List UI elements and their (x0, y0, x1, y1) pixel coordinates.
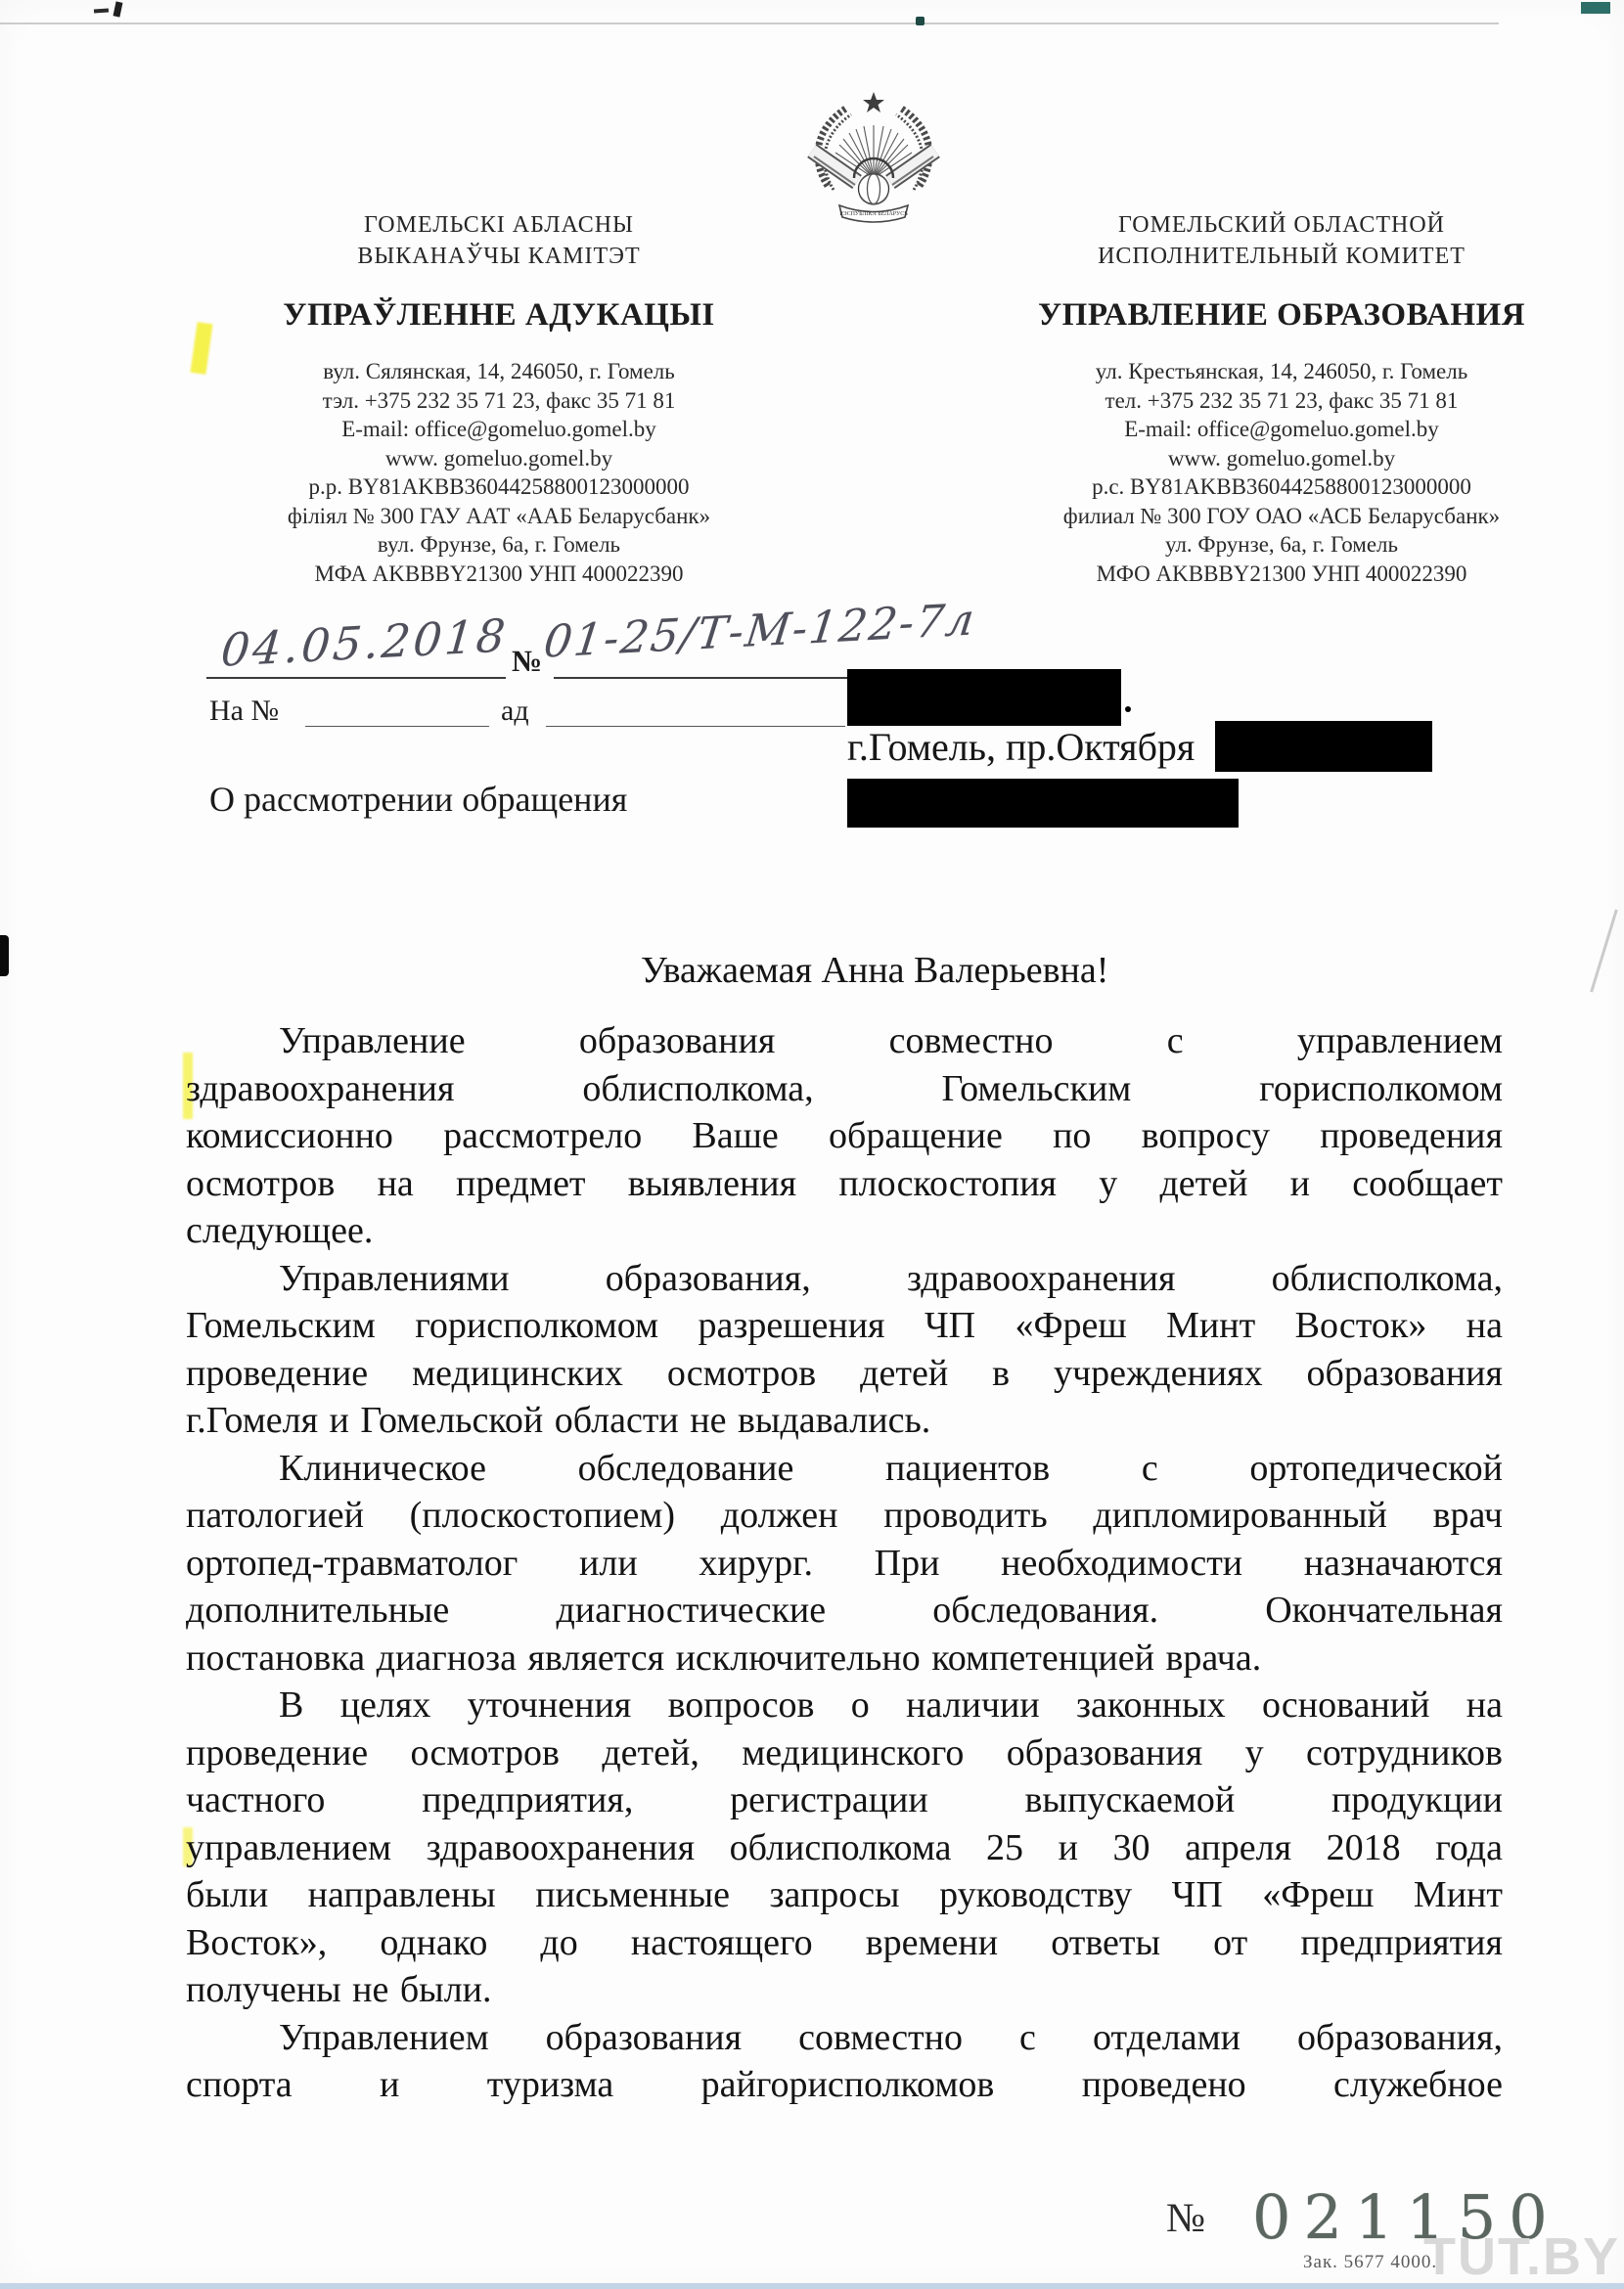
body-line: В целях уточнения вопросов о наличии зак… (186, 1682, 1503, 1729)
addressee-city-line: г.Гомель, пр.Октября (847, 724, 1195, 770)
address-line: тэл. +375 232 35 71 23, факс 35 71 81 (235, 386, 763, 416)
scan-mark-artifact (94, 8, 109, 13)
subject-line: О рассмотрении обращения (209, 779, 627, 820)
handwritten-reference-number: 01-25/Т-М-122-7л (541, 593, 979, 668)
address-line: филиал № 300 ГОУ ОАО «АСБ Беларусбанк» (1008, 502, 1556, 531)
body-line: дополнительные диагностические обследова… (186, 1587, 1503, 1635)
print-order-note: Зак. 5677 4000. (1303, 2252, 1437, 2273)
footer-number-sign: № (1166, 2195, 1205, 2242)
address-line: МФА AKBBBY21300 УНП 400022390 (235, 560, 763, 589)
address-line: р.с. BY81AKBB36044258800123000000 (1008, 472, 1556, 502)
body-line: патологией (плоскостопием) должен провод… (186, 1492, 1503, 1540)
date-underline (206, 677, 506, 679)
body-line: Восток», однако до настоящего времени от… (186, 1919, 1503, 1967)
scan-mark-artifact (916, 17, 925, 25)
body-line: управлением здравоохранения облисполкома… (186, 1824, 1503, 1872)
body-paragraph: Управление образования совместно с управ… (186, 1017, 1503, 1255)
scanned-letter-page: РЭСПУБЛІКА БЕЛАРУСЬ ГОМЕЛЬСКІ АБЛАСНЫ ВЫ… (0, 0, 1624, 2289)
address-line: р.р. BY81AKBB36044258800123000000 (235, 472, 763, 502)
address-line: вул. Сялянская, 14, 246050, г. Гомель (235, 357, 763, 386)
address-line: www. gomeluo.gomel.by (1008, 444, 1556, 473)
body-line: спорта и туризма райгорисполкомов провед… (186, 2061, 1503, 2109)
reply-number-underline (305, 726, 489, 727)
body-line: получены не были. (186, 1966, 1503, 2014)
scan-mark-artifact (113, 1, 123, 17)
redaction-box (847, 779, 1239, 828)
body-paragraph: Управлением образования совместно с отде… (186, 2014, 1503, 2109)
address-block: вул. Сялянская, 14, 246050, г. Гомель тэ… (235, 357, 763, 588)
address-block: ул. Крестьянская, 14, 246050, г. Гомель … (1008, 357, 1556, 588)
emblem-banner-text: РЭСПУБЛІКА БЕЛАРУСЬ (839, 211, 908, 217)
body-line: Управление образования совместно с управ… (186, 1017, 1503, 1065)
yellow-highlight-mark (190, 322, 212, 375)
body-paragraph: Управлениями образования, здравоохранени… (186, 1255, 1503, 1445)
org-name-line: ИСПОЛНИТЕЛЬНЫЙ КОМИТЕТ (1008, 241, 1556, 272)
reply-to-label: На № (209, 695, 279, 728)
address-line: E-mail: office@gomeluo.gomel.by (235, 415, 763, 444)
scan-edge-mark-artifact (0, 935, 9, 976)
scan-bottom-edge (0, 2283, 1624, 2289)
stray-period-dot (1125, 706, 1131, 712)
address-line: тел. +375 232 35 71 23, факс 35 71 81 (1008, 386, 1556, 416)
body-line: постановка диагноза является исключитель… (186, 1635, 1503, 1683)
scan-mark-artifact (1581, 2, 1610, 14)
org-name-line: ГОМЕЛЬСКІ АБЛАСНЫ (235, 209, 763, 241)
address-line: вул. Фрунзе, 6а, г. Гомель (235, 530, 763, 560)
reply-from-label: ад (501, 695, 529, 728)
body-line: Управлением образования совместно с отде… (186, 2014, 1503, 2062)
body-paragraph: В целях уточнения вопросов о наличии зак… (186, 1682, 1503, 2014)
letterhead-right: ГОМЕЛЬСКИЙ ОБЛАСТНОЙ ИСПОЛНИТЕЛЬНЫЙ КОМИ… (1008, 209, 1556, 588)
body-line: комиссионно рассмотрело Ваше обращение п… (186, 1112, 1503, 1160)
body-line: Клиническое обследование пациентов с орт… (186, 1445, 1503, 1493)
body-paragraph: Клиническое обследование пациентов с орт… (186, 1445, 1503, 1683)
body-line: проведение осмотров детей, медицинского … (186, 1729, 1503, 1777)
body-line: проведение медицинских осмотров детей в … (186, 1350, 1503, 1398)
belarus-coat-of-arms-icon: РЭСПУБЛІКА БЕЛАРУСЬ (800, 88, 947, 225)
address-line: ул. Крестьянская, 14, 246050, г. Гомель (1008, 357, 1556, 386)
body-line: осмотров на предмет выявления плоскостоп… (186, 1160, 1503, 1208)
body-line: частного предприятия, регистрации выпуск… (186, 1776, 1503, 1824)
handwritten-date: 04.05.2018 (219, 608, 511, 677)
address-line: www. gomeluo.gomel.by (235, 444, 763, 473)
address-line: ул. Фрунзе, 6а, г. Гомель (1008, 530, 1556, 560)
salutation: Уважаемая Анна Валерьевна! (641, 949, 1108, 992)
letterhead-left: ГОМЕЛЬСКІ АБЛАСНЫ ВЫКАНАЎЧЫ КАМІТЭТ УПРА… (235, 209, 763, 588)
org-name-line: ВЫКАНАЎЧЫ КАМІТЭТ (235, 241, 763, 272)
redaction-box (1215, 721, 1432, 772)
scan-edge-curve-artifact (1590, 909, 1618, 992)
letter-body: Управление образования совместно с управ… (186, 1017, 1503, 2109)
reply-date-underline (546, 726, 845, 727)
body-line: были направлены письменные запросы руков… (186, 1871, 1503, 1919)
body-line: здравоохранения облисполкома, Гомельским… (186, 1065, 1503, 1113)
address-line: МФО AKBBBY21300 УНП 400022390 (1008, 560, 1556, 589)
body-line: ортопед-травматолог или хирург. При необ… (186, 1540, 1503, 1588)
body-line: Управлениями образования, здравоохранени… (186, 1255, 1503, 1303)
scan-hairline-artifact (0, 22, 1499, 24)
body-line: Гомельским горисполкомом разрешения ЧП «… (186, 1302, 1503, 1350)
department-name: УПРАВЛЕНИЕ ОБРАЗОВАНИЯ (1008, 297, 1556, 334)
address-line: філіял № 300 ГАУ ААТ «ААБ Беларусбанк» (235, 502, 763, 531)
body-line: г.Гомеля и Гомельской области не выдавал… (186, 1397, 1503, 1445)
tutby-watermark: TUT.BY (1423, 2226, 1620, 2287)
address-line: E-mail: office@gomeluo.gomel.by (1008, 415, 1556, 444)
body-line: следующее. (186, 1207, 1503, 1255)
number-sign-label: № (512, 644, 542, 679)
org-name-line: ГОМЕЛЬСКИЙ ОБЛАСТНОЙ (1008, 209, 1556, 241)
department-name: УПРАЎЛЕННЕ АДУКАЦЫІ (235, 297, 763, 334)
redaction-box (847, 669, 1121, 726)
